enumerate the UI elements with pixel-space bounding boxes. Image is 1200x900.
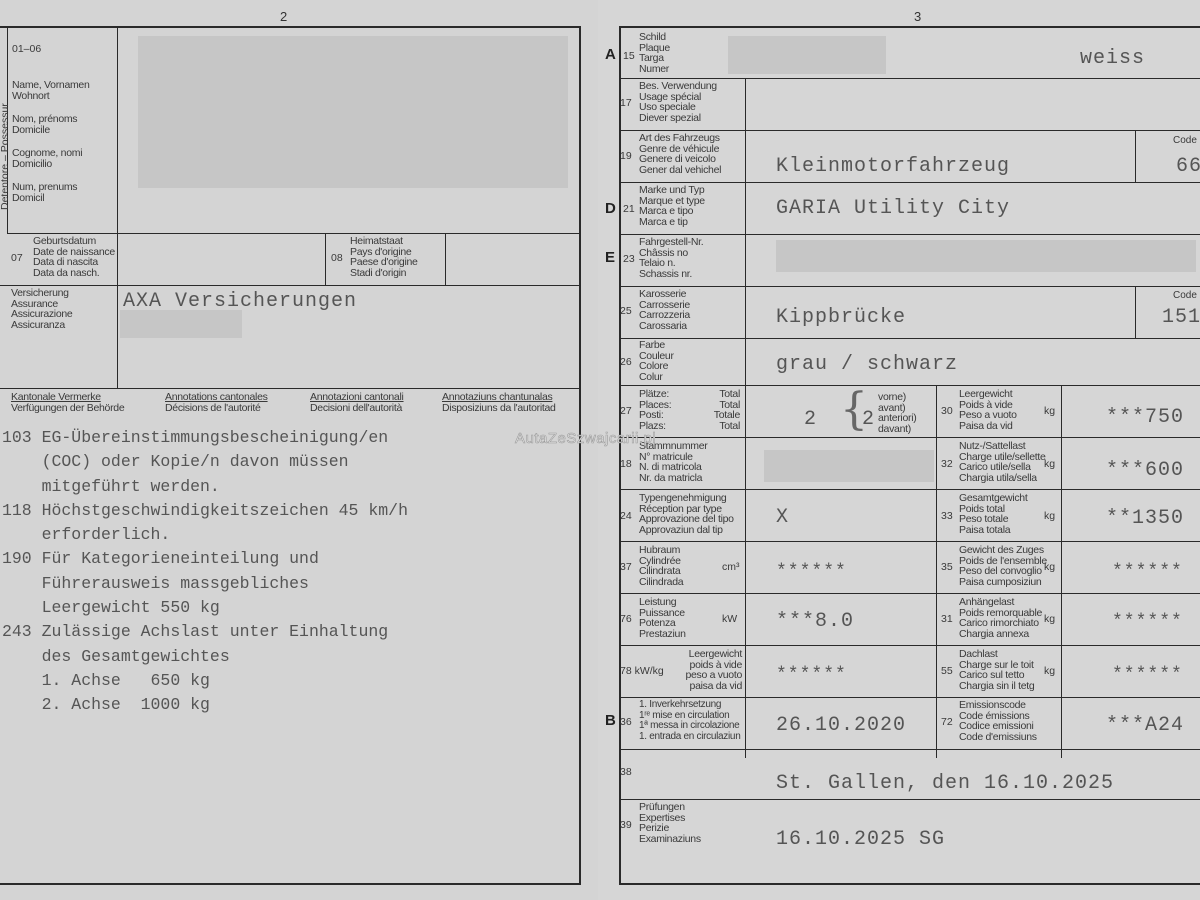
home-country-number: 08 bbox=[331, 252, 343, 264]
seats-front-labels: vorne)avant) anteriori)davant) bbox=[878, 392, 916, 434]
emission-code-labels: EmissionscodeCode émissions Codice emiss… bbox=[959, 700, 1037, 742]
trailer-load-value: ****** bbox=[1112, 612, 1183, 632]
make-model-value: GARIA Utility City bbox=[776, 197, 1010, 220]
annotations-header-fr: Annotations cantonales Décisions de l'au… bbox=[165, 392, 268, 413]
inspections-number: 39 bbox=[620, 819, 632, 831]
annotation-line: 103 EG-Übereinstimmungsbescheinigung/en bbox=[2, 426, 408, 450]
seats-total-labels: TotalTotal TotaleTotal bbox=[706, 389, 740, 431]
first-registration-value: 26.10.2020 bbox=[776, 714, 906, 737]
divider bbox=[620, 749, 1200, 750]
code-label: Code bbox=[1173, 135, 1197, 146]
color-labels: FarbeCouleur ColoreColur bbox=[639, 340, 674, 382]
divider bbox=[620, 799, 1200, 800]
special-use-number: 17 bbox=[620, 97, 632, 109]
cantonal-annotations: 103 EG-Übereinstimmungsbescheinigung/en … bbox=[2, 426, 408, 718]
issued-place-date: St. Gallen, den 16.10.2025 bbox=[776, 772, 1114, 795]
divider bbox=[620, 338, 1200, 339]
divider bbox=[0, 285, 580, 286]
redacted-chassis-number bbox=[776, 240, 1196, 272]
divider bbox=[325, 233, 326, 285]
divider bbox=[620, 645, 1200, 646]
chassis-number: 23 bbox=[623, 253, 635, 265]
body-code: 151 bbox=[1162, 306, 1200, 329]
birth-date-number: 07 bbox=[11, 252, 23, 264]
roof-load-number: 55 bbox=[941, 665, 953, 677]
roof-load-value: ****** bbox=[1112, 665, 1183, 685]
divider bbox=[620, 437, 1200, 438]
divider bbox=[0, 388, 580, 389]
holder-field-code: 01–06 bbox=[12, 43, 41, 55]
divider bbox=[620, 593, 1200, 594]
payload-value: ***600 bbox=[1106, 459, 1184, 482]
color-number: 26 bbox=[620, 356, 632, 368]
power-value: ***8.0 bbox=[776, 610, 854, 633]
type-approval-labels: TypengenehmigungRéception par type Appro… bbox=[639, 493, 734, 535]
vehicle-type-number: 19 bbox=[620, 150, 632, 162]
annotation-line: 2. Achse 1000 kg bbox=[2, 693, 408, 717]
field-letter-a: A bbox=[605, 46, 616, 63]
annotations-header-de: Kantonale Vermerke Verfügungen der Behör… bbox=[11, 392, 124, 413]
divider bbox=[620, 78, 1200, 79]
trailer-load-labels: AnhängelastPoids remorquable Carico rimo… bbox=[959, 597, 1042, 639]
inspections-labels: PrüfungenExpertises PerizieExaminaziuns bbox=[639, 802, 701, 844]
first-registration-labels: 1. Inverkehrsetzung1ʳᵉ mise en circulati… bbox=[639, 700, 740, 742]
left-page: 2 Detentore – Possessur 01–06 Name, Vorn… bbox=[0, 0, 598, 900]
empty-weight-value: ***750 bbox=[1106, 406, 1184, 429]
divider bbox=[445, 233, 446, 285]
chassis-labels: Fahrgestell-Nr.Châssis no Telaio n.Schas… bbox=[639, 237, 703, 279]
emission-code-number: 72 bbox=[941, 716, 953, 728]
divider bbox=[620, 697, 1200, 698]
power-weight-number: 78 kW/kg bbox=[620, 665, 664, 677]
annotations-header-it: Annotazioni cantonali Decisioni dell'aut… bbox=[310, 392, 404, 413]
train-weight-value: ****** bbox=[1112, 562, 1183, 582]
total-weight-labels: GesamtgewichtPoids total Peso totalePais… bbox=[959, 493, 1027, 535]
seats-labels: Plätze:Places: Posti:Plazs: bbox=[639, 389, 671, 431]
seats-total-value: 2 bbox=[804, 408, 817, 431]
plate-color-value: weiss bbox=[1080, 47, 1145, 70]
unit-kw: kW bbox=[722, 613, 737, 625]
plate-labels: SchildPlaque TargaNumer bbox=[639, 32, 670, 74]
divider bbox=[1061, 385, 1062, 758]
annotation-line: Führerausweis massgebliches bbox=[2, 572, 408, 596]
watermark: AutaZeSzwajcarii.pl bbox=[515, 430, 656, 447]
type-approval-value: X bbox=[776, 506, 789, 529]
payload-number: 32 bbox=[941, 458, 953, 470]
unit-kg: kg bbox=[1044, 613, 1055, 625]
unit-kg: kg bbox=[1044, 405, 1055, 417]
page-number: 3 bbox=[914, 9, 921, 24]
home-country-labels: HeimatstaatPays d'origine Paese d'origin… bbox=[350, 236, 418, 278]
redacted-holder-name bbox=[138, 36, 568, 188]
annotation-line: erforderlich. bbox=[2, 523, 408, 547]
insurance-labels: VersicherungAssurance AssicurazioneAssic… bbox=[11, 288, 72, 330]
inspections-value: 16.10.2025 SG bbox=[776, 828, 945, 851]
color-value: grau / schwarz bbox=[776, 353, 958, 376]
divider bbox=[620, 489, 1200, 490]
divider bbox=[620, 130, 1200, 131]
body-number: 25 bbox=[620, 305, 632, 317]
unit-kg: kg bbox=[1044, 665, 1055, 677]
annotation-line: (COC) oder Kopie/n davon müssen bbox=[2, 450, 408, 474]
field-letter-e: E bbox=[605, 249, 615, 266]
holder-vertical-label: Detentore – Possessur bbox=[0, 103, 11, 210]
redacted-plate-number bbox=[728, 36, 886, 74]
divider bbox=[745, 78, 746, 758]
annotations-header-rm: Annotaziuns chantunalas Disposiziuns da … bbox=[442, 392, 556, 413]
vehicle-type-labels: Art des FahrzeugsGenre de véhicule Gener… bbox=[639, 133, 721, 175]
special-use-labels: Bes. VerwendungUsage spécial Uso special… bbox=[639, 81, 717, 123]
seats-front-value: 2 bbox=[862, 408, 875, 431]
divider bbox=[117, 27, 118, 389]
make-model-labels: Marke und TypMarque et type Marca e tipo… bbox=[639, 185, 705, 227]
unit-kg: kg bbox=[1044, 510, 1055, 522]
annotation-line: mitgeführt werden. bbox=[2, 475, 408, 499]
master-number-labels: StammnummerN° matricule N. di matricolaN… bbox=[639, 441, 707, 483]
field-letter-b: B bbox=[605, 712, 616, 729]
issued-number: 38 bbox=[620, 766, 632, 778]
divider bbox=[1135, 286, 1136, 338]
divider bbox=[936, 385, 937, 758]
divider bbox=[620, 286, 1200, 287]
roof-load-labels: DachlastCharge sur le toit Carico sul te… bbox=[959, 649, 1034, 691]
unit-kg: kg bbox=[1044, 458, 1055, 470]
divider bbox=[7, 233, 580, 234]
field-letter-d: D bbox=[605, 200, 616, 217]
code-label: Code bbox=[1173, 290, 1197, 301]
empty-weight-labels: LeergewichtPoids à vide Peso a vuotoPais… bbox=[959, 389, 1017, 431]
body-labels: KarosserieCarrosserie CarrozzeriaCarossa… bbox=[639, 289, 690, 331]
displacement-value: ****** bbox=[776, 562, 847, 582]
right-page: 3 A 15 SchildPlaque TargaNumer weiss 17 … bbox=[598, 0, 1200, 900]
displacement-labels: HubraumCylindrée CilindrataCilindrada bbox=[639, 545, 683, 587]
divider bbox=[1135, 130, 1136, 182]
unit-kg: kg bbox=[1044, 561, 1055, 573]
unit-cm3: cm³ bbox=[722, 561, 740, 573]
emission-code-value: ***A24 bbox=[1106, 714, 1184, 737]
total-weight-value: **1350 bbox=[1106, 507, 1184, 530]
first-registration-number: 36 bbox=[620, 716, 632, 728]
train-weight-number: 35 bbox=[941, 561, 953, 573]
holder-labels: Name, VornamenWohnort Nom, prénomsDomici… bbox=[12, 80, 90, 203]
divider bbox=[620, 385, 1200, 386]
power-weight-value: ****** bbox=[776, 665, 847, 685]
train-weight-labels: Gewicht des ZugesPoids de l'ensemble Pes… bbox=[959, 545, 1047, 587]
power-number: 76 bbox=[620, 613, 632, 625]
annotation-line: Leergewicht 550 kg bbox=[2, 596, 408, 620]
divider bbox=[620, 182, 1200, 183]
vehicle-type-value: Kleinmotorfahrzeug bbox=[776, 155, 1010, 178]
master-number-number: 18 bbox=[620, 458, 632, 470]
power-weight-labels: Leergewichtpoids à vide peso a vuotopais… bbox=[678, 649, 742, 691]
type-approval-number: 24 bbox=[620, 510, 632, 522]
annotation-line: des Gesamtgewichtes bbox=[2, 645, 408, 669]
redacted-master-number bbox=[764, 450, 934, 482]
make-model-number: 21 bbox=[623, 203, 635, 215]
empty-weight-number: 30 bbox=[941, 405, 953, 417]
annotation-line: 190 Für Kategorieneinteilung und bbox=[2, 547, 408, 571]
annotation-line: 118 Höchstgeschwindigkeitszeichen 45 km/… bbox=[2, 499, 408, 523]
divider bbox=[620, 234, 1200, 235]
vehicle-type-code: 66 bbox=[1176, 155, 1200, 178]
annotation-line: 243 Zulässige Achslast unter Einhaltung bbox=[2, 620, 408, 644]
payload-labels: Nutz-/SattellastCharge utile/sellette Ca… bbox=[959, 441, 1046, 483]
total-weight-number: 33 bbox=[941, 510, 953, 522]
redacted-insurance-detail bbox=[120, 310, 242, 338]
divider bbox=[620, 541, 1200, 542]
annotation-line: 1. Achse 650 kg bbox=[2, 669, 408, 693]
birth-date-labels: GeburtsdatumDate de naissance Data di na… bbox=[33, 236, 115, 278]
power-labels: LeistungPuissance PotenzaPrestaziun bbox=[639, 597, 686, 639]
trailer-load-number: 31 bbox=[941, 613, 953, 625]
seats-number: 27 bbox=[620, 405, 632, 417]
body-value: Kippbrücke bbox=[776, 306, 906, 329]
plate-number: 15 bbox=[623, 50, 635, 62]
page-number: 2 bbox=[280, 9, 287, 24]
displacement-number: 37 bbox=[620, 561, 632, 573]
